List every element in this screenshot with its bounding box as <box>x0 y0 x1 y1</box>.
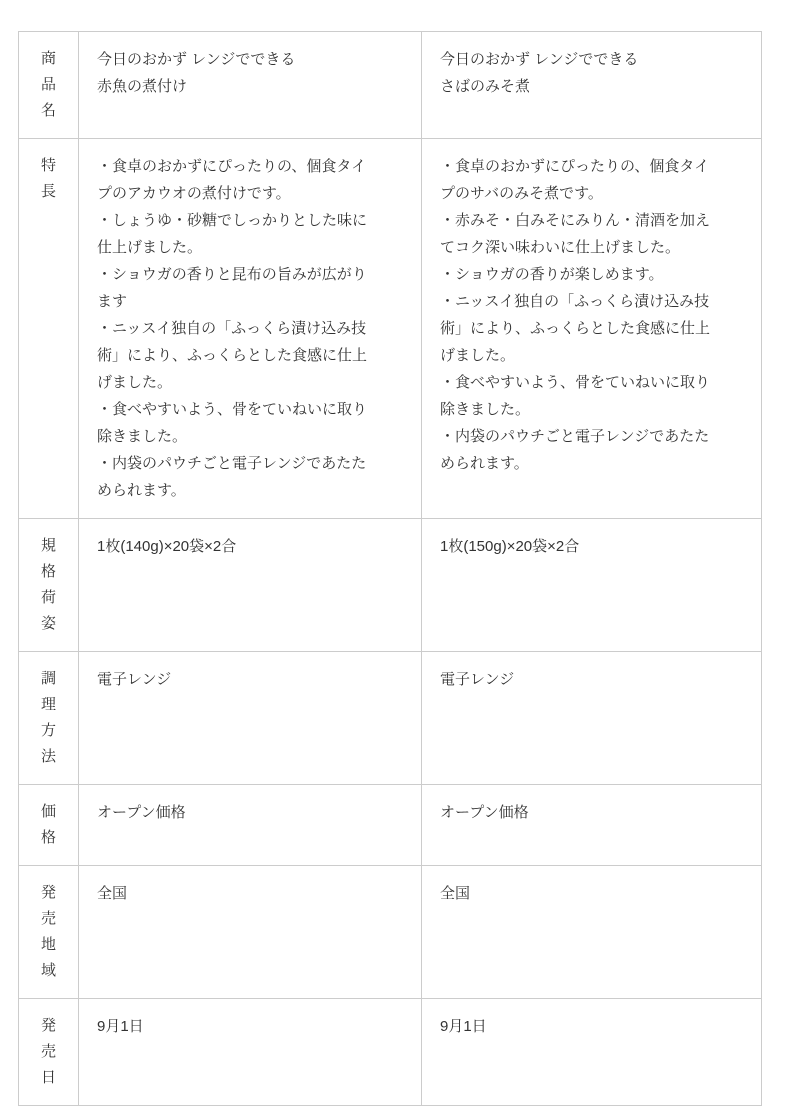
row-header-label: 特長 <box>41 153 57 205</box>
cell-product2-name: 今日のおかず レンジでできる さばのみそ煮 <box>422 32 762 139</box>
table-row-release-date: 発売日 9月1日 9月1日 <box>19 999 762 1106</box>
cell-product1-region: 全国 <box>79 866 422 999</box>
cell-product1-price: オープン価格 <box>79 785 422 866</box>
cell-product2-features: ・食卓のおかずにぴったりの、個食タイプのサバのみそ煮です。 ・赤みそ・白みそにみ… <box>422 139 762 519</box>
table-row-product-name: 商品名 今日のおかず レンジでできる 赤魚の煮付け 今日のおかず レンジでできる… <box>19 32 762 139</box>
row-header-spec-packaging: 規格荷姿 <box>19 519 79 652</box>
cell-text: オープン価格 <box>440 799 717 826</box>
table-row-cooking-method: 調理方法 電子レンジ 電子レンジ <box>19 652 762 785</box>
cell-product1-cooking: 電子レンジ <box>79 652 422 785</box>
cell-text: 今日のおかず レンジでできる さばのみそ煮 <box>440 46 717 100</box>
row-header-label: 発売地域 <box>41 880 57 984</box>
cell-text: オープン価格 <box>97 799 374 826</box>
row-header-label: 発売日 <box>41 1013 57 1091</box>
cell-product2-release-date: 9月1日 <box>422 999 762 1106</box>
cell-text: 今日のおかず レンジでできる 赤魚の煮付け <box>97 46 374 100</box>
cell-text: 全国 <box>97 880 374 907</box>
row-header-label: 規格荷姿 <box>41 533 57 637</box>
table-row-features: 特長 ・食卓のおかずにぴったりの、個食タイプのアカウオの煮付けです。 ・しょうゆ… <box>19 139 762 519</box>
cell-text: 9月1日 <box>97 1013 374 1040</box>
cell-product1-release-date: 9月1日 <box>79 999 422 1106</box>
table-row-price: 価格 オープン価格 オープン価格 <box>19 785 762 866</box>
row-header-features: 特長 <box>19 139 79 519</box>
cell-product2-region: 全国 <box>422 866 762 999</box>
table-row-sales-region: 発売地域 全国 全国 <box>19 866 762 999</box>
row-header-label: 商品名 <box>41 46 57 124</box>
cell-text: 電子レンジ <box>97 666 374 693</box>
cell-product2-spec: 1枚(150g)×20袋×2合 <box>422 519 762 652</box>
cell-product1-name: 今日のおかず レンジでできる 赤魚の煮付け <box>79 32 422 139</box>
cell-product1-features: ・食卓のおかずにぴったりの、個食タイプのアカウオの煮付けです。 ・しょうゆ・砂糖… <box>79 139 422 519</box>
row-header-sales-region: 発売地域 <box>19 866 79 999</box>
row-header-cooking-method: 調理方法 <box>19 652 79 785</box>
cell-text: 1枚(150g)×20袋×2合 <box>440 533 717 560</box>
row-header-label: 価格 <box>41 799 57 851</box>
cell-text: 電子レンジ <box>440 666 717 693</box>
cell-text: 9月1日 <box>440 1013 717 1040</box>
product-spec-table: 商品名 今日のおかず レンジでできる 赤魚の煮付け 今日のおかず レンジでできる… <box>18 31 762 1106</box>
cell-text: 1枚(140g)×20袋×2合 <box>97 533 374 560</box>
cell-product1-spec: 1枚(140g)×20袋×2合 <box>79 519 422 652</box>
row-header-product-name: 商品名 <box>19 32 79 139</box>
cell-text: ・食卓のおかずにぴったりの、個食タイプのアカウオの煮付けです。 ・しょうゆ・砂糖… <box>97 153 374 504</box>
row-header-release-date: 発売日 <box>19 999 79 1106</box>
cell-product2-price: オープン価格 <box>422 785 762 866</box>
row-header-label: 調理方法 <box>41 666 57 770</box>
cell-product2-cooking: 電子レンジ <box>422 652 762 785</box>
cell-text: 全国 <box>440 880 717 907</box>
page-container: 商品名 今日のおかず レンジでできる 赤魚の煮付け 今日のおかず レンジでできる… <box>0 0 800 1106</box>
cell-text: ・食卓のおかずにぴったりの、個食タイプのサバのみそ煮です。 ・赤みそ・白みそにみ… <box>440 153 717 477</box>
row-header-price: 価格 <box>19 785 79 866</box>
table-row-spec-packaging: 規格荷姿 1枚(140g)×20袋×2合 1枚(150g)×20袋×2合 <box>19 519 762 652</box>
